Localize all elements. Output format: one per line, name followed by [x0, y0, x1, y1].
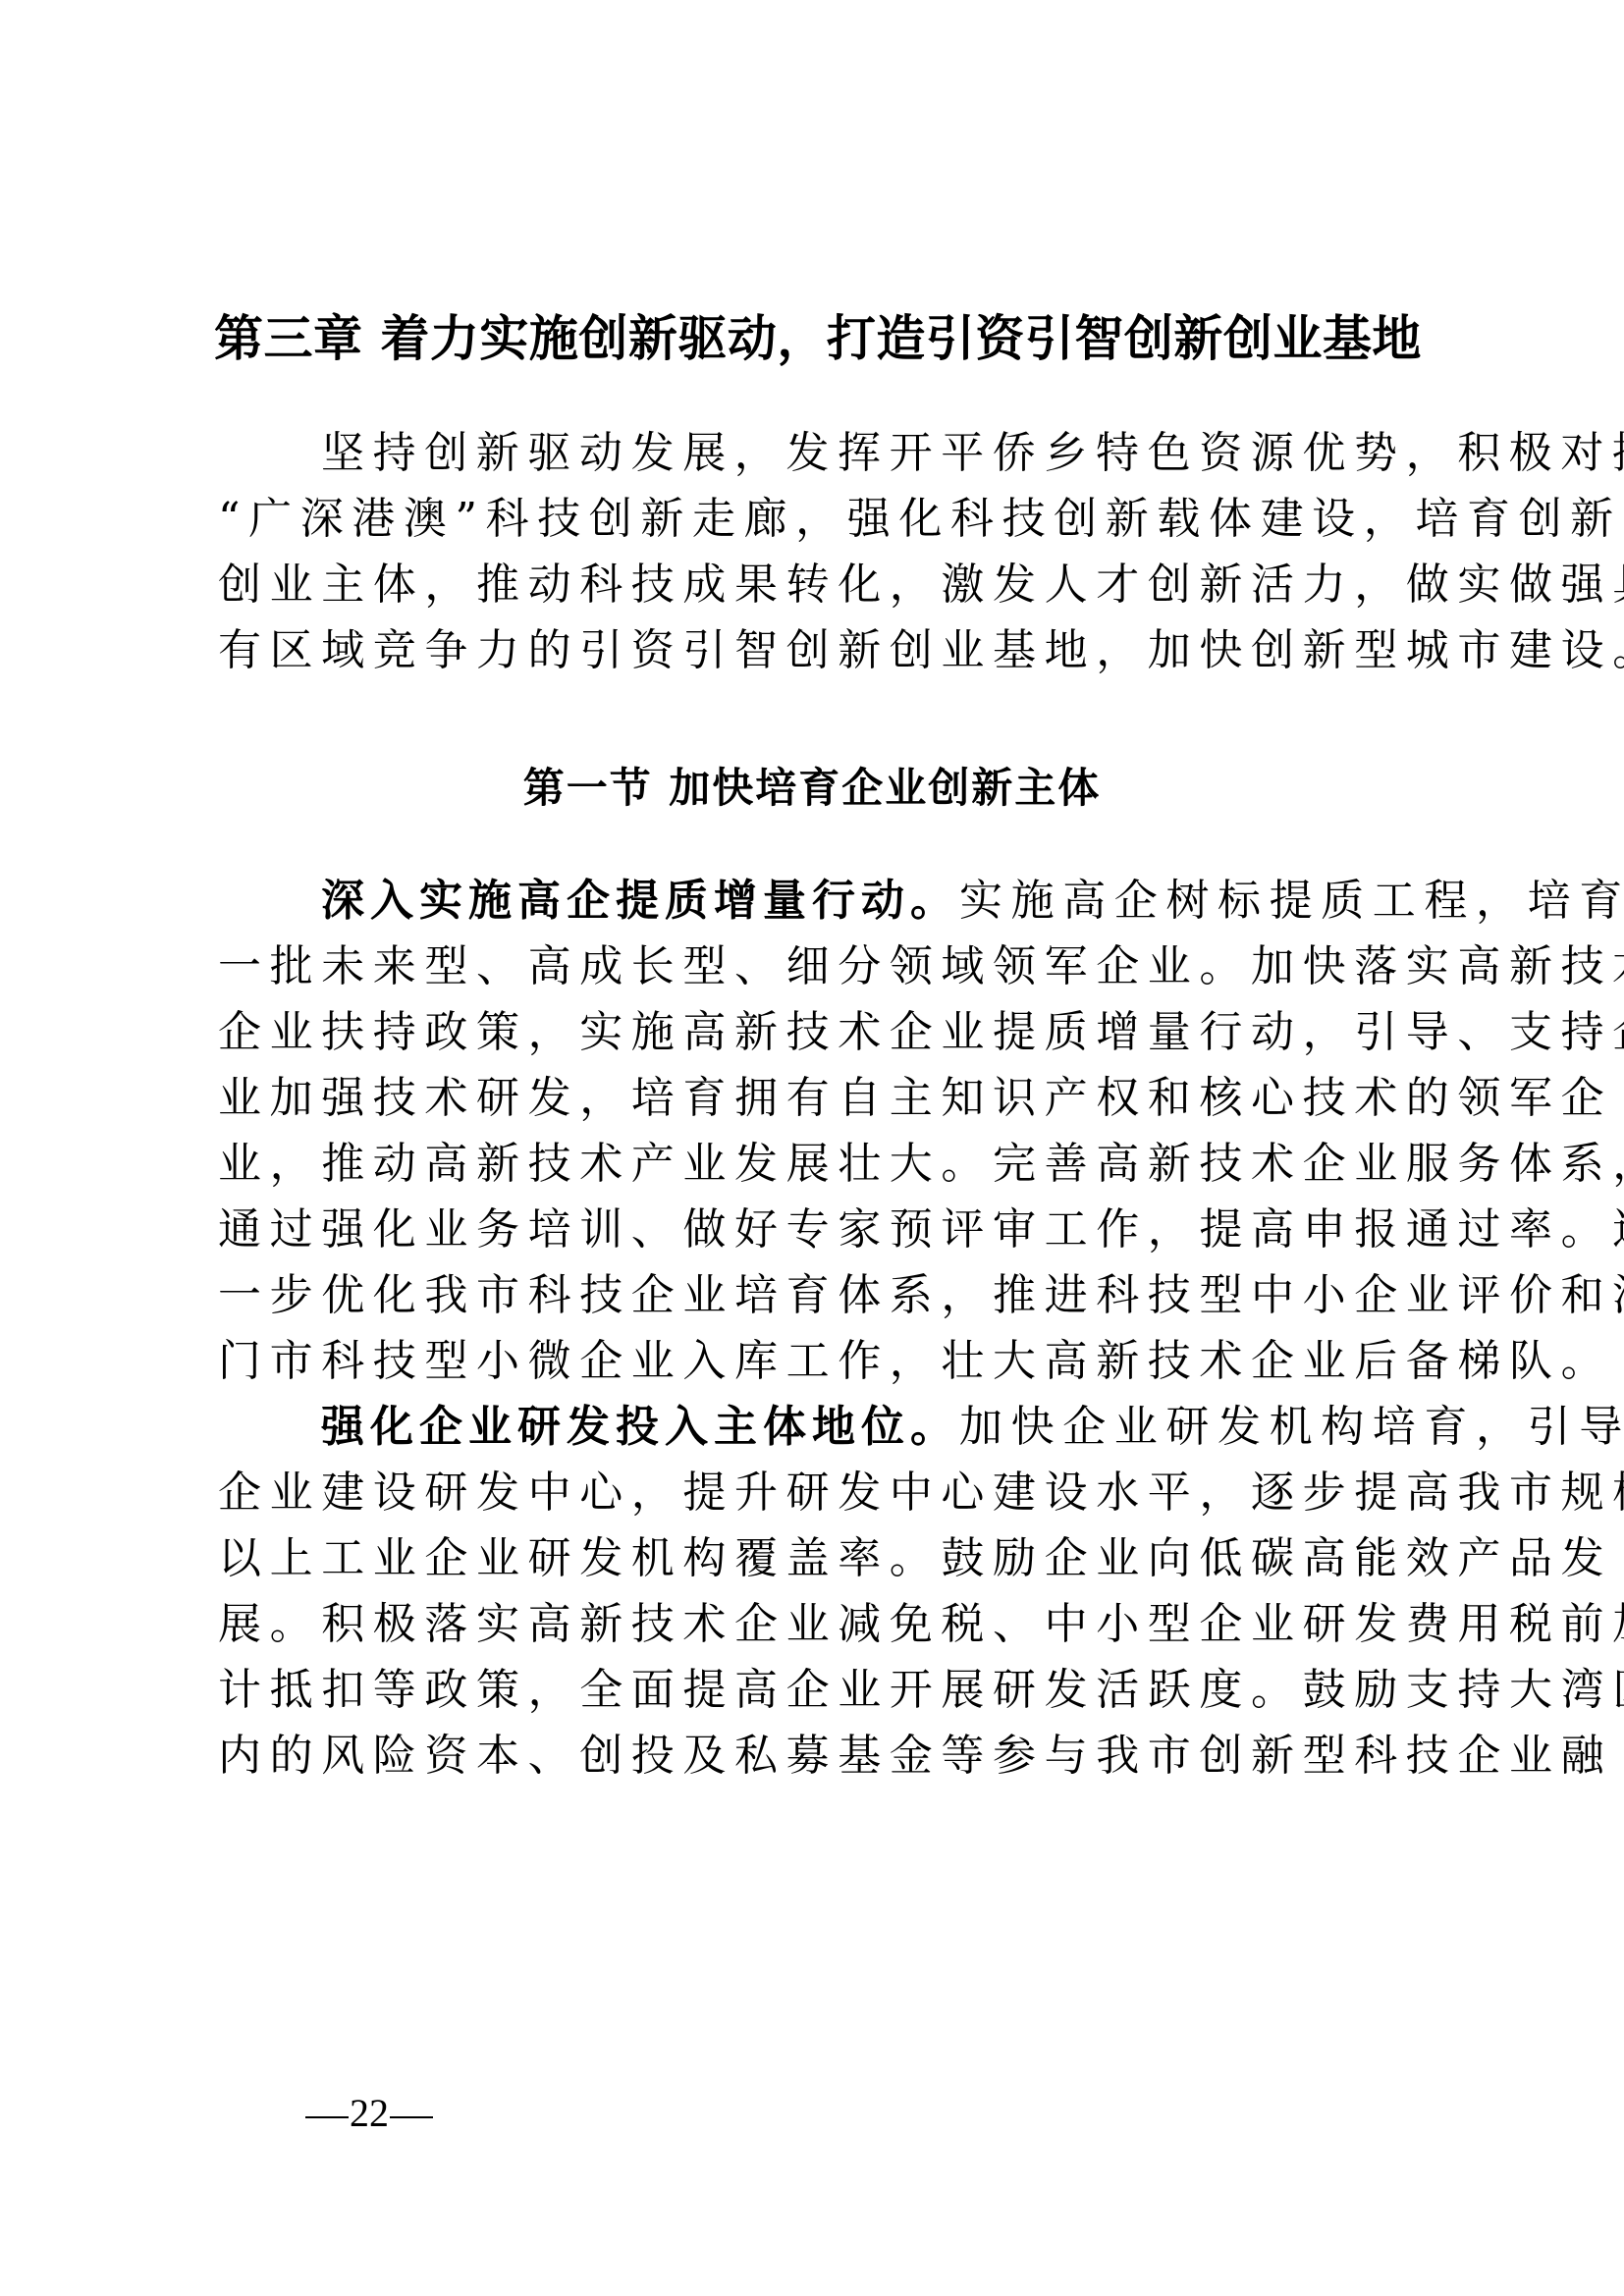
paragraph-lead: 强化企业研发投入主体地位。: [321, 1402, 959, 1452]
page-number: 22: [304, 2089, 434, 2138]
text-line: “广深港澳”科技创新走廊，强化科技创新载体建设，培育创新: [218, 486, 1408, 552]
text-line: 门市科技型小微企业入库工作，壮大高新技术企业后备梯队。: [218, 1328, 1408, 1394]
text-fragment: 实施高企树标提质工程，培育: [959, 876, 1624, 926]
paragraph-high-tech-enterprises: 深入实施高企提质增量行动。实施高企树标提质工程，培育 一批未来型、高成长型、细分…: [218, 868, 1408, 1394]
page-number-value: 22: [350, 2089, 389, 2138]
text-line: 企业建设研发中心，提升研发中心建设水平，逐步提高我市规模: [218, 1460, 1408, 1525]
paragraph: 坚持创新驱动发展，发挥开平侨乡特色资源优势，积极对接 “广深港澳”科技创新走廊，…: [218, 420, 1408, 683]
text-line: 坚持创新驱动发展，发挥开平侨乡特色资源优势，积极对接: [218, 420, 1408, 486]
intro-paragraph: 坚持创新驱动发展，发挥开平侨乡特色资源优势，积极对接 “广深港澳”科技创新走廊，…: [218, 420, 1408, 683]
text-line: 业，推动高新技术产业发展壮大。完善高新技术企业服务体系，: [218, 1131, 1408, 1197]
text-fragment: 加快企业研发机构培育，引导: [959, 1402, 1624, 1452]
text-line: 深入实施高企提质增量行动。实施高企树标提质工程，培育: [218, 868, 1408, 934]
dash-right: [390, 2116, 433, 2118]
text-line: 计抵扣等政策，全面提高企业开展研发活跃度。鼓励支持大湾区: [218, 1657, 1408, 1723]
section-title: 第一节 加快培育企业创新主体: [0, 756, 1624, 821]
text-line: 业加强技术研发，培育拥有自主知识产权和核心技术的领军企: [218, 1065, 1408, 1131]
dash-left: [305, 2116, 349, 2118]
paragraph-rd-investment: 强化企业研发投入主体地位。加快企业研发机构培育，引导 企业建设研发中心，提升研发…: [218, 1394, 1408, 1789]
paragraph-lead: 深入实施高企提质增量行动。: [321, 876, 959, 926]
chapter-title: 第三章 着力实施创新驱动，打造引资引智创新创业基地: [214, 306, 1432, 371]
document-page: 第三章 着力实施创新驱动，打造引资引智创新创业基地 坚持创新驱动发展，发挥开平侨…: [0, 0, 1624, 2296]
text-line: 企业扶持政策，实施高新技术企业提质增量行动，引导、支持企: [218, 999, 1408, 1065]
text-line: 一步优化我市科技企业培育体系，推进科技型中小企业评价和江: [218, 1262, 1408, 1328]
section-body: 深入实施高企提质增量行动。实施高企树标提质工程，培育 一批未来型、高成长型、细分…: [218, 868, 1408, 1789]
text-line: 有区域竞争力的引资引智创新创业基地，加快创新型城市建设。: [218, 617, 1408, 683]
text-line: 强化企业研发投入主体地位。加快企业研发机构培育，引导: [218, 1394, 1408, 1460]
text-line: 以上工业企业研发机构覆盖率。鼓励企业向低碳高能效产品发: [218, 1525, 1408, 1591]
text-line: 通过强化业务培训、做好专家预评审工作，提高申报通过率。进: [218, 1197, 1408, 1262]
text-line: 内的风险资本、创投及私募基金等参与我市创新型科技企业融: [218, 1723, 1408, 1789]
text-line: 展。积极落实高新技术企业减免税、中小型企业研发费用税前加: [218, 1591, 1408, 1657]
text-line: 创业主体，推动科技成果转化，激发人才创新活力，做实做强具: [218, 552, 1408, 617]
text-line: 一批未来型、高成长型、细分领域领军企业。加快落实高新技术: [218, 934, 1408, 999]
